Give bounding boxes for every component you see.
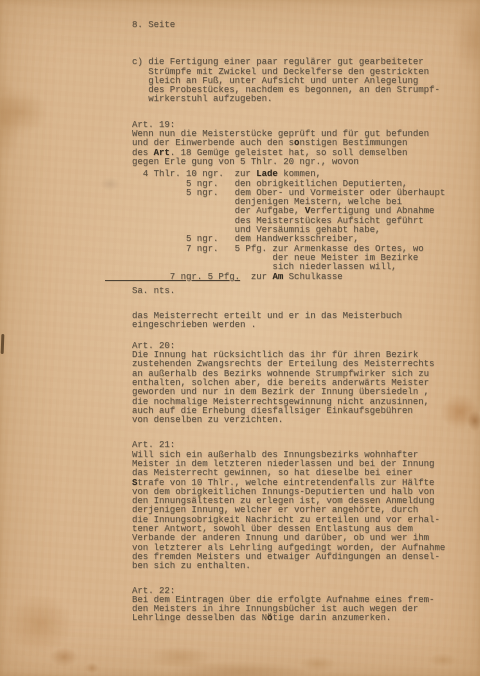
text-segment: der Aufgabe, [132, 206, 305, 216]
article-22-block: Art. 22: Bei dem Eintragen über die erfo… [132, 587, 480, 624]
document-page: 8. Seite c) die Fertigung einer paar reg… [0, 0, 480, 676]
text-segment: erfertigung und Abnahme [310, 206, 434, 216]
article-19-block: Art. 19: Wenn nun die Meisterstücke gepr… [132, 121, 480, 167]
text-line: eingeschrieben werden . [132, 321, 480, 330]
text-line: wirkerstuhl aufzugeben. [132, 95, 480, 104]
page-number: 8. Seite [132, 21, 480, 30]
fee-row-total: 7 ngr. 5 Pfg. zur Am Schulkasse [105, 273, 480, 282]
text-segment: tige darin anzumerken. [272, 613, 391, 623]
text-line: ben sich zu enthalten. [132, 562, 480, 571]
text-line: gegen Erle gung von 5 Thlr. 20 ngr., wov… [132, 158, 480, 167]
article-19-closing-block: das Meisterrecht erteilt und er in das M… [132, 312, 480, 331]
overstrike-text: Lade [256, 169, 278, 179]
article-20-block: Art. 20: Die Innung hat rücksichtlich da… [132, 342, 480, 426]
overstrike-text: Am [272, 272, 283, 282]
text-line: von denselben zu verzichten. [132, 416, 480, 425]
clause-c-block: c) die Fertigung einer paar regulärer gu… [132, 58, 480, 104]
text-segment: Lehrlinge desselben das N [132, 613, 267, 623]
page-content: 8. Seite c) die Fertigung einer paar reg… [0, 0, 480, 624]
text-segment: 4 Thlr. 10 ngr. zur [132, 169, 256, 179]
article-21-block: Art. 21: Will sich ein außerhalb des Inn… [132, 441, 480, 571]
text-segment: kommen, [278, 169, 321, 179]
sum-abbreviation: Sa. nts. [132, 287, 480, 296]
text-segment: zur [240, 272, 272, 282]
fee-list: 4 Thlr. 10 ngr. zur Lade kommen, 5 ngr. … [132, 170, 480, 296]
underlined-text: 7 ngr. 5 Pfg. [105, 272, 240, 282]
text-segment: Schulkasse [283, 272, 342, 282]
text-line: Lehrlinge desselben das Nötige darin anz… [132, 614, 480, 623]
